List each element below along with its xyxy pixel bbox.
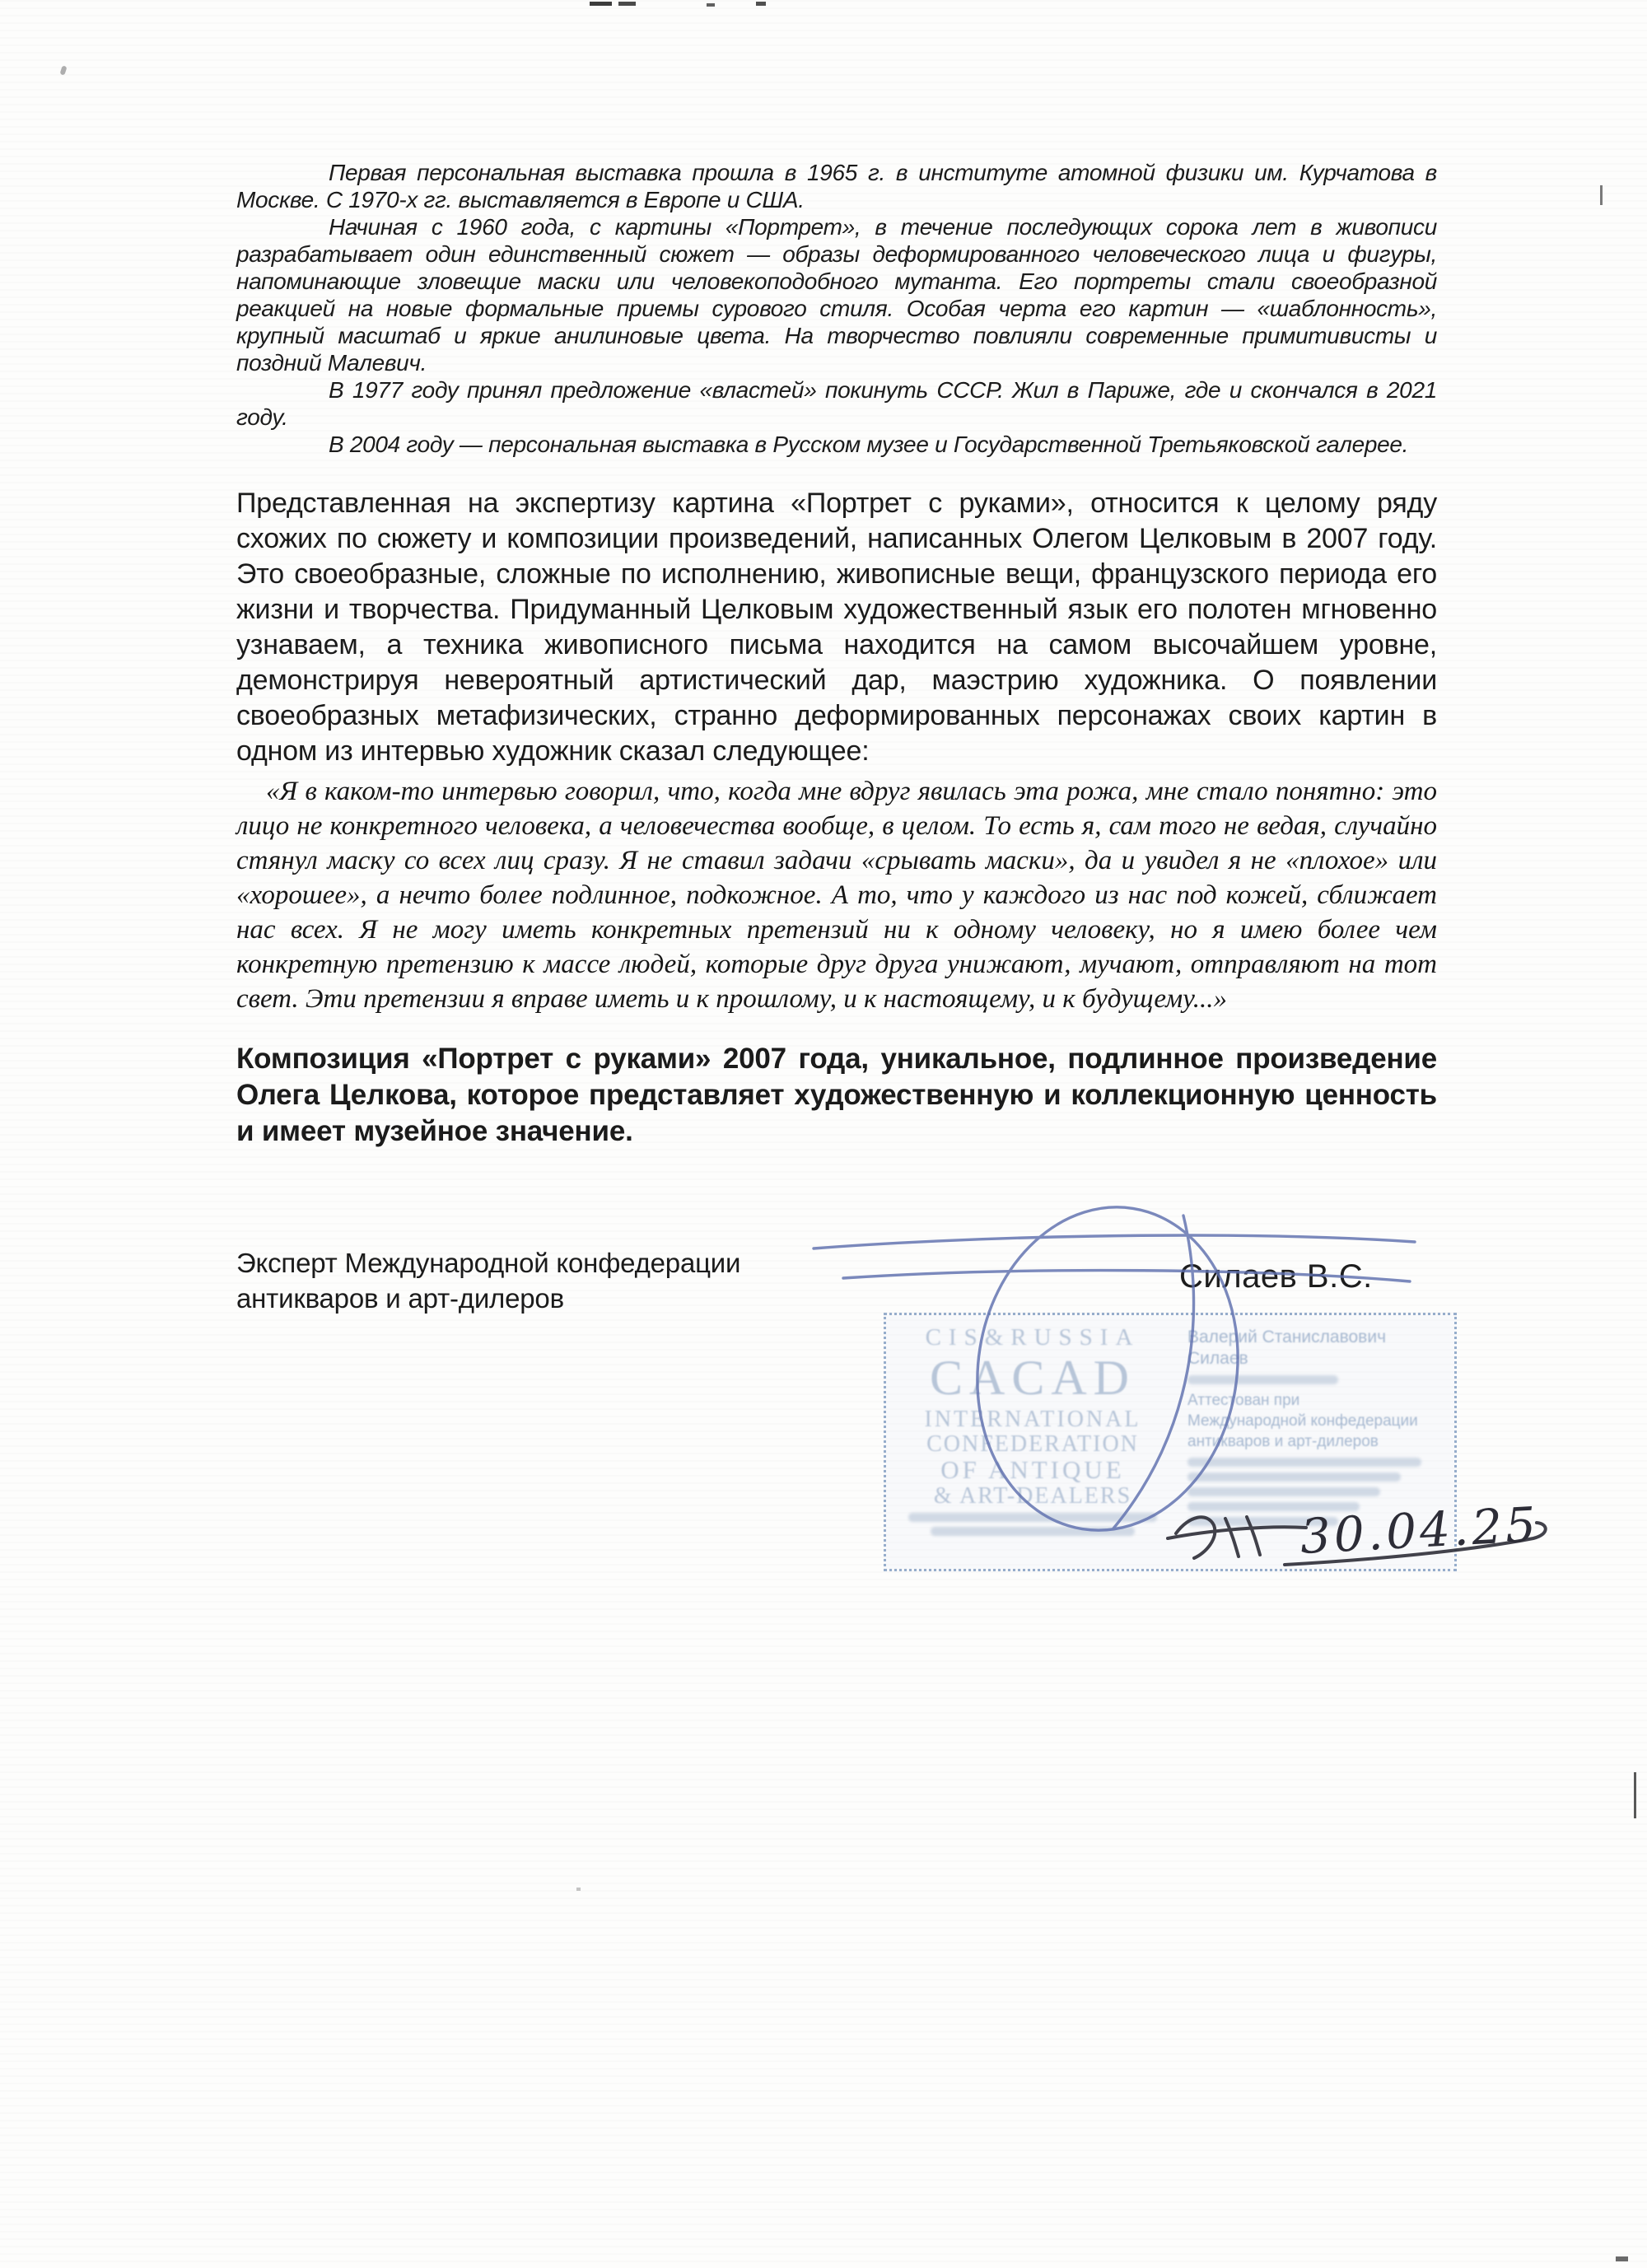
scan-artifact-tick xyxy=(1616,2256,1628,2261)
stamp-attestation-line: антикваров и арт-дилеров xyxy=(1187,1431,1448,1452)
scan-artifact-dash xyxy=(707,3,715,7)
stamp-org-line: CONFEDERATION xyxy=(894,1432,1171,1457)
conclusion-paragraph: Композиция «Портрет с руками» 2007 года,… xyxy=(236,1041,1437,1150)
stamp-illegible-line xyxy=(1187,1375,1338,1384)
stamp-org-line: & ART-DEALERS xyxy=(894,1484,1171,1509)
scan-artifact-dash xyxy=(590,2,612,6)
stamp-illegible-line xyxy=(1187,1487,1380,1496)
scan-artifact-speck xyxy=(59,65,67,75)
expert-title-line: антикваров и арт-дилеров xyxy=(236,1281,862,1316)
bio-paragraph: Начиная с 1960 года, с картины «Портрет»… xyxy=(236,213,1437,376)
stamp-org-line: INTERNATIONAL xyxy=(894,1407,1171,1432)
scan-artifact-speck xyxy=(576,1888,581,1891)
scan-artifact-dash xyxy=(618,2,636,6)
stamp-illegible-line xyxy=(1187,1472,1401,1482)
stamp-illegible-line xyxy=(908,1513,1157,1522)
bio-paragraph: В 1977 году принял предложение «властей»… xyxy=(236,376,1437,431)
stamp-illegible-line xyxy=(931,1527,1136,1536)
expert-name: Силаев В.С. xyxy=(1179,1258,1373,1295)
stamp-illegible-line xyxy=(1187,1517,1338,1526)
expertise-paragraph: Представленная на экспертизу картина «По… xyxy=(236,486,1437,769)
bio-paragraph: Первая персональная выставка прошла в 19… xyxy=(236,159,1437,213)
scan-artifact-dash xyxy=(756,2,766,6)
biography-section: Первая персональная выставка прошла в 19… xyxy=(236,159,1437,458)
stamp-illegible-line xyxy=(1187,1458,1421,1467)
stamp-expert-name-line: Силаев xyxy=(1187,1348,1448,1370)
scan-artifact-tick xyxy=(1600,185,1603,205)
expert-title-block: Эксперт Международной конфедерации антик… xyxy=(236,1245,862,1316)
stamp-expert-name-line: Валерий Станиславович xyxy=(1187,1327,1448,1348)
stamp-right-column: Валерий Станиславович Силаев Аттестован … xyxy=(1187,1327,1448,1532)
stamp-org-line: CIS&RUSSIA xyxy=(894,1325,1171,1351)
expert-title-line: Эксперт Международной конфедерации xyxy=(236,1245,862,1281)
stamp-illegible-line xyxy=(1187,1502,1360,1511)
stamp-attestation-line: Международной конфедерации xyxy=(1187,1411,1448,1431)
document-body: Первая персональная выставка прошла в 19… xyxy=(236,159,1437,1150)
bio-paragraph: В 2004 году — персональная выставка в Ру… xyxy=(236,431,1437,458)
scan-artifact-tick xyxy=(1634,1772,1636,1818)
scanned-expertise-page: Первая персональная выставка прошла в 19… xyxy=(0,0,1647,2268)
confederation-stamp: CIS&RUSSIA CACAD INTERNATIONAL CONFEDERA… xyxy=(884,1313,1457,1571)
artist-quote: «Я в каком-то интервью говорил, что, ког… xyxy=(236,774,1437,1016)
stamp-left-column: CIS&RUSSIA CACAD INTERNATIONAL CONFEDERA… xyxy=(894,1325,1171,1541)
stamp-logo-text: CACAD xyxy=(894,1352,1171,1405)
stamp-attestation-line: Аттестован при xyxy=(1187,1390,1448,1411)
stamp-org-line: OF ANTIQUE xyxy=(894,1457,1171,1484)
